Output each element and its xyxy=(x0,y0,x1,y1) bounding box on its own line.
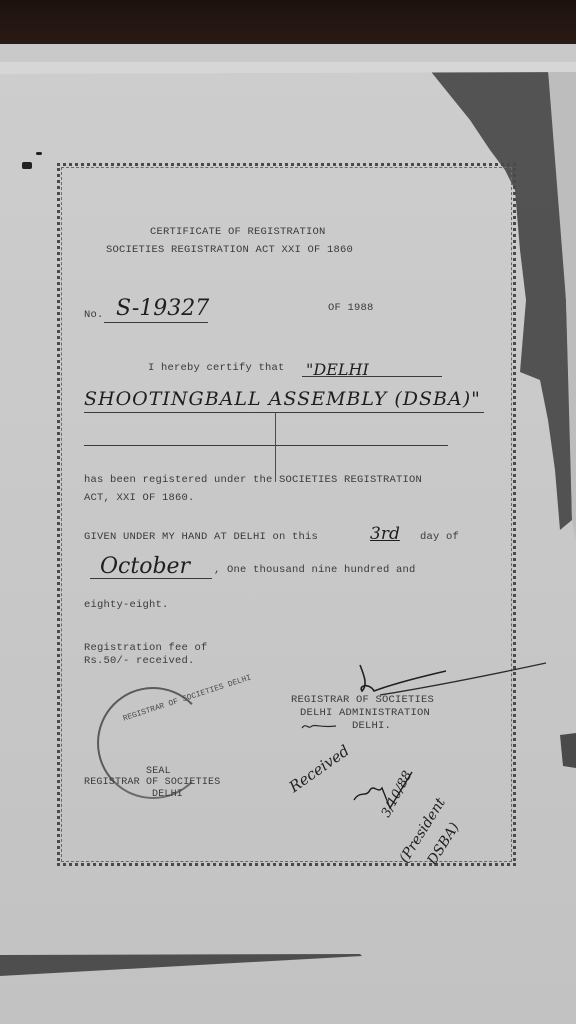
seal-registrar: REGISTRAR OF SOCIETIES xyxy=(84,777,220,788)
registered-text-2: ACT, XXI OF 1860. xyxy=(84,492,195,504)
society-name-line2: SHOOTINGBALL ASSEMBLY (DSBA)" xyxy=(84,388,481,410)
year-text-1: , One thousand nine hundred and xyxy=(214,564,416,576)
fee-text-1: Registration fee of xyxy=(84,642,208,654)
given-text: GIVEN UNDER MY HAND AT DELHI on this xyxy=(84,531,318,543)
ink-speck xyxy=(36,152,42,155)
reg-no-underline xyxy=(104,322,208,323)
registrar-title-1: REGISTRAR OF SOCIETIES xyxy=(291,694,434,706)
seal-city: DELHI xyxy=(152,789,183,800)
name-line-2 xyxy=(84,412,484,413)
ink-speck xyxy=(22,162,32,169)
registered-text-1: has been registered under the SOCIETIES … xyxy=(84,474,422,486)
reg-no-value: S-19327 xyxy=(116,296,209,321)
registrar-signature xyxy=(350,655,550,715)
certificate-title: CERTIFICATE OF REGISTRATION xyxy=(150,226,326,238)
registrar-title-2: DELHI ADMINISTRATION xyxy=(300,707,430,719)
day-value: 3rd xyxy=(370,524,400,544)
society-name-line1: "DELHI xyxy=(306,360,369,379)
fee-text-2: Rs.50/- received. xyxy=(84,655,195,667)
table-backdrop xyxy=(0,0,576,46)
certify-text: I hereby certify that xyxy=(148,362,285,374)
month-underline xyxy=(90,578,212,579)
registrar-initials xyxy=(300,720,340,732)
registrar-title-3: DELHI. xyxy=(352,720,391,732)
name-line-divider xyxy=(275,412,276,482)
day-of: day of xyxy=(420,531,459,543)
reg-year: OF 1988 xyxy=(328,302,374,314)
seal-label: SEAL xyxy=(146,766,171,777)
name-line-3 xyxy=(84,445,448,446)
reg-no-label: No. xyxy=(84,309,104,321)
year-text-2: eighty-eight. xyxy=(84,599,169,611)
month-value: October xyxy=(100,554,190,579)
certificate-subtitle: SOCIETIES REGISTRATION ACT XXI OF 1860 xyxy=(106,244,353,256)
page-edge-streak xyxy=(0,950,576,990)
